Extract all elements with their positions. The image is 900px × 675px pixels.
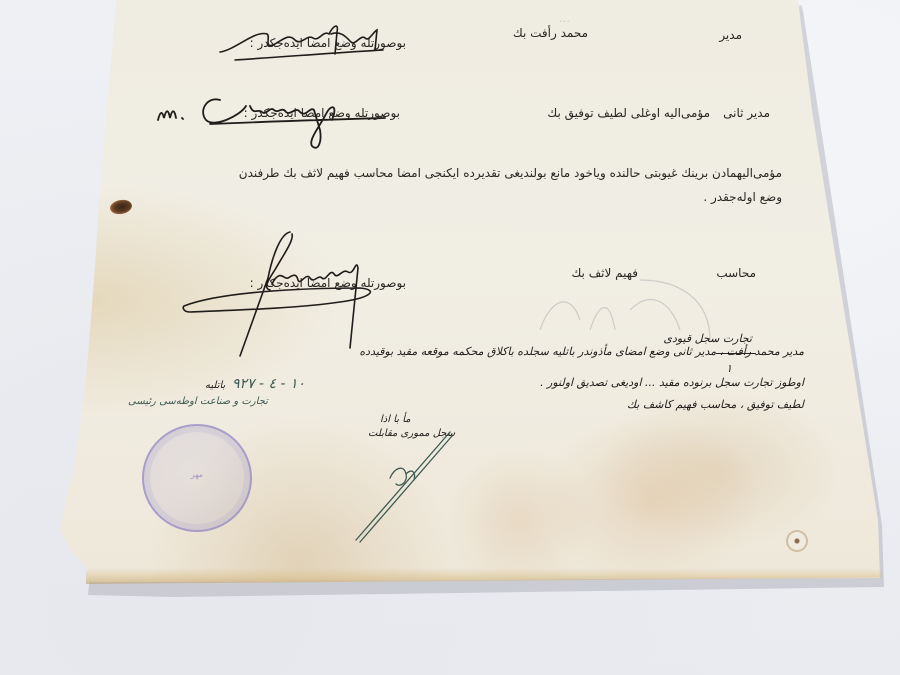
- note-date: ١٠ - ٤ - ٩٢٧: [232, 376, 305, 392]
- row1-title: مدیر: [719, 28, 742, 42]
- note-heading: تجارت سجل قیودی: [663, 332, 752, 345]
- left-label-1: باتلیه: [205, 380, 225, 391]
- row1-name: محمد رأفت بك: [513, 26, 588, 40]
- note-line-1: مدیر محمد رأفت ، مدیر ثانی وضع امضای مأذ…: [359, 345, 804, 358]
- row2-name: مؤمی‌الیه اوغلی لطیف توفیق بك: [547, 106, 710, 120]
- paragraph-line-2: وضع اوله‌جقدر .: [703, 190, 782, 204]
- row2-title: مدیر ثانی: [723, 106, 770, 120]
- faint-top-text: …: [559, 12, 570, 25]
- signature-m-cevadiye: [150, 86, 400, 166]
- signature-f-riachif: [180, 228, 400, 358]
- signature-officer: [350, 428, 460, 548]
- note-line-2: اوطوز تجارت سجل برنوده مقید ... اودیغی ت…: [540, 376, 804, 389]
- signature-mehmed-reefet: [215, 20, 395, 65]
- row3-title: محاسب: [716, 266, 756, 280]
- stamp-text: مهر: [144, 470, 250, 479]
- note-line-3: لطیف توفیق ، محاسب فهیم کاشف بك: [627, 398, 804, 411]
- official-stamp: مهر: [142, 424, 252, 532]
- paragraph-line-1: مؤمی‌الیهمادن برینك غیوبتی حالنده ویاخود…: [239, 166, 782, 180]
- note-number: ١: [726, 362, 732, 375]
- left-label-2: تجارت و صناعت اوطه‌سی رئیسی: [128, 396, 268, 407]
- officer-label-1: مأ با اذا: [380, 414, 411, 425]
- pin-hole: [786, 530, 808, 552]
